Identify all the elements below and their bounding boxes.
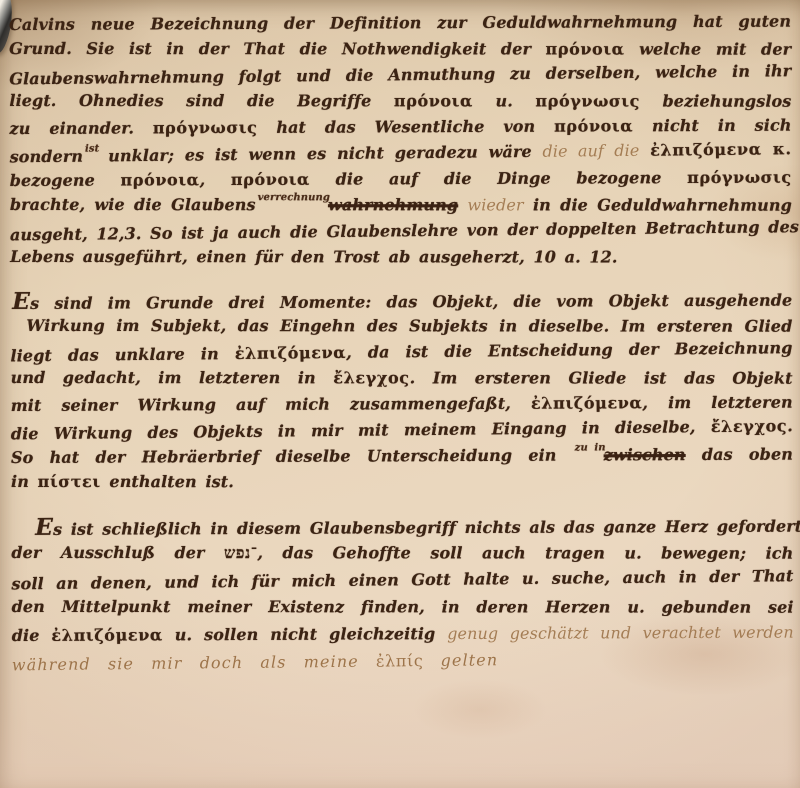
faint-ink-words: die auf die: [542, 141, 639, 161]
text-segment: brachte, wie die Glaubens: [10, 195, 256, 214]
manuscript-line: Calvins neue Bezeichnung der Definition …: [9, 9, 791, 38]
manuscript-line: Es ist schließlich in diesem Glaubensbeg…: [11, 511, 793, 541]
text-segment: Wirkung im Subjekt, das Eingehn des Subj…: [26, 316, 792, 336]
text-segment: . Im ersteren Gliede ist das Objekt: [410, 368, 793, 387]
text-segment: ausgeht, 12,3. So ist ja auch die Glaube…: [10, 217, 799, 244]
text-segment: gelten: [423, 650, 498, 670]
greek-term: πρόγνωσις: [687, 168, 792, 187]
manuscript-line: den Mittelpunkt meiner Existenz finden, …: [12, 593, 794, 621]
greek-term: ἐλπιζόμενα: [51, 625, 162, 644]
text-segment: in die Geduldwahrnehmung: [524, 195, 792, 214]
text-segment: in: [11, 472, 38, 491]
text-segment: die Wirkung des Objekts in mir mit meine…: [11, 417, 711, 443]
text-segment: [458, 195, 467, 214]
paragraph-3: Es ist schließlich in diesem Glaubensbeg…: [11, 511, 794, 676]
text-segment: nicht in sich: [633, 116, 791, 136]
text-segment: Glaubenswahrnehmung folgt und die Anmuth…: [9, 61, 791, 88]
text-segment: soll an denen, und ich für mich einen Go…: [11, 566, 793, 593]
text-segment: den Mittelpunkt meiner Existenz finden, …: [12, 597, 794, 617]
greek-term: πρόνοια: [546, 39, 625, 58]
text-segment: beziehungslos: [640, 92, 791, 111]
paragraph-2: Es sind im Grunde drei Momente: das Obje…: [10, 286, 793, 497]
greek-term: πρόνοια: [394, 91, 473, 110]
text-segment: ,: [200, 170, 231, 189]
greek-term: πρόγνωσις: [153, 118, 258, 137]
superscript-correction: zu in: [575, 443, 606, 453]
greek-term: πίστει: [38, 472, 101, 491]
greek-term: πρόγνωσις: [535, 91, 640, 110]
text-segment: und gedacht, im letzteren in: [11, 368, 334, 387]
greek-term: πρόνοια: [231, 170, 310, 189]
strikethrough-word: wahrnehmung: [328, 195, 458, 214]
manuscript-line: Es sind im Grunde drei Momente: das Obje…: [10, 286, 792, 315]
manuscript-line: liegt. Ohnedies sind die Begriffe πρόνοι…: [9, 88, 791, 115]
text-segment: bezogene: [10, 171, 121, 190]
text-segment: Es ist schließlich in diesem Glaubensbeg…: [35, 517, 800, 539]
text-segment: [639, 141, 650, 160]
manuscript-text: Calvins neue Bezeichnung der Definition …: [9, 9, 794, 693]
text-segment: liegt. Ohnedies sind die Begriffe: [9, 91, 394, 110]
text-segment: mit seiner Wirkung auf mich zusammengefa…: [11, 394, 531, 415]
text-segment: Grund. Sie ist in der That die Nothwendi…: [9, 39, 545, 58]
text-segment: liegt das unklare in: [10, 344, 234, 365]
text-segment: hat das Wesentliche von: [257, 117, 554, 137]
text-segment: , im letzteren: [642, 393, 792, 413]
text-segment: die auf die Dinge bezogene: [310, 168, 687, 189]
text-segment: Calvins neue Bezeichnung der Definition …: [9, 12, 791, 34]
text-segment: unklar; es ist wenn es nicht geradezu wä…: [97, 142, 542, 166]
greek-term: ἐλπιζόμενα: [235, 343, 347, 363]
text-segment: die: [12, 626, 52, 645]
hebrew-term: ־נפש: [224, 543, 257, 562]
text-segment: , da ist die Entscheidung der Bezeichnun…: [346, 338, 793, 362]
superscript-correction: verrechnung: [258, 193, 330, 203]
text-segment: .: [787, 416, 793, 435]
superscript-correction: ist: [85, 144, 99, 154]
greek-term: ἔλεγχος: [711, 416, 788, 436]
strikethrough-word: zwischen: [604, 445, 686, 464]
greek-term: πρόνοια: [120, 170, 199, 189]
greek-term: πρόνοια: [554, 116, 633, 135]
text-segment: So hat der Hebräerbrief dieselbe Untersc…: [11, 446, 573, 467]
text-segment: u.: [473, 91, 535, 110]
text-segment: u. sollen nicht gleichzeitig: [163, 624, 447, 644]
manuscript-line: und gedacht, im letzteren in ἔλεγχος. Im…: [11, 365, 793, 392]
manuscript-line: Lebens ausgeführt, einen für den Trost a…: [10, 244, 792, 271]
paragraph-1: Calvins neue Bezeichnung der Definition …: [9, 9, 792, 272]
text-segment: der Ausschluß der: [11, 543, 224, 562]
text-segment: Es sind im Grunde drei Momente: das Obje…: [12, 291, 792, 313]
manuscript-page: Calvins neue Bezeichnung der Definition …: [0, 0, 800, 788]
text-segment: Lebens ausgeführt, einen für den Trost a…: [10, 247, 618, 267]
greek-term: ἔλεγχος: [333, 368, 409, 387]
greek-term: ἐλπιζόμενα: [531, 393, 642, 412]
text-segment: welche mit der: [625, 39, 792, 58]
greek-term: ἐλπιζόμενα κ.: [650, 139, 792, 159]
greek-term: ἐλπίς: [376, 651, 424, 670]
faint-ink-words: wieder: [467, 195, 523, 214]
text-segment: , das Gehoffte soll auch tragen u. beweg…: [257, 543, 793, 562]
text-segment: enthalten ist.: [101, 472, 234, 491]
text-segment: sondern: [10, 147, 84, 167]
text-segment: das oben: [686, 445, 793, 464]
text-segment: während sie mir doch als meine: [12, 652, 376, 675]
text-segment: zu einander.: [9, 118, 152, 138]
manuscript-line: in πίστει enthalten ist.: [11, 469, 793, 496]
faint-ink-words: genug geschätzt und verachtet werden: [447, 623, 794, 644]
